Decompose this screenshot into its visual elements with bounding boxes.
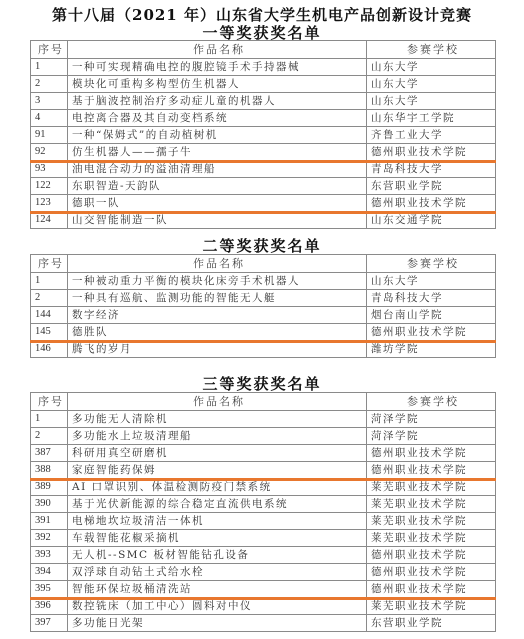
table-row: 2多功能水上垃圾清理船菏泽学院: [31, 428, 496, 445]
table-header-row: 序号 作品名称 参赛学校: [31, 393, 496, 411]
cell-name: 电梯地坎垃圾清洁一体机: [68, 513, 367, 530]
cell-school: 德州职业技术学院: [367, 144, 496, 161]
cell-seq: 391: [31, 513, 68, 530]
cell-school: 青岛科技大学: [367, 290, 496, 307]
cell-seq: 390: [31, 496, 68, 513]
first-prize-table: 序号 作品名称 参赛学校 1一种可实现精确电控的腹腔镜手术手持器械山东大学2模块…: [30, 40, 496, 229]
cell-seq: 146: [31, 341, 68, 358]
cell-school: 莱芜职业技术学院: [367, 598, 496, 615]
column-header-name: 作品名称: [68, 393, 367, 411]
cell-name: 东职智造-天韵队: [68, 178, 367, 195]
cell-name: 数字经济: [68, 307, 367, 324]
cell-seq: 389: [31, 479, 68, 496]
cell-school: 山东交通学院: [367, 212, 496, 229]
cell-seq: 144: [31, 307, 68, 324]
cell-seq: 91: [31, 127, 68, 144]
second-prize-heading: 二等奖获奖名单: [0, 235, 524, 256]
highlight-underline: [30, 211, 496, 214]
cell-school: 潍坊学院: [367, 341, 496, 358]
cell-seq: 124: [31, 212, 68, 229]
table-row: 146腾飞的岁月潍坊学院: [31, 341, 496, 358]
cell-school: 山东大学: [367, 273, 496, 290]
table-row: 1多功能无人清除机菏泽学院: [31, 411, 496, 428]
table-row: 388家庭智能药保姆德州职业技术学院: [31, 462, 496, 479]
table-header-row: 序号 作品名称 参赛学校: [31, 41, 496, 59]
cell-seq: 395: [31, 581, 68, 598]
cell-name: 多功能日光架: [68, 615, 367, 632]
table-row: 93油电混合动力的溢油清理船青岛科技大学: [31, 161, 496, 178]
first-prize-rows: 1一种可实现精确电控的腹腔镜手术手持器械山东大学2模块化可重构多构型仿生机器人山…: [31, 59, 496, 229]
cell-name: 智能环保垃圾桶清洗站: [68, 581, 367, 598]
cell-school: 青岛科技大学: [367, 161, 496, 178]
cell-school: 烟台南山学院: [367, 307, 496, 324]
cell-name: 模块化可重构多构型仿生机器人: [68, 76, 367, 93]
cell-school: 山东华宇工学院: [367, 110, 496, 127]
cell-name: 科研用真空研磨机: [68, 445, 367, 462]
table-row: 389AI 口罩识别、体温检测防疫门禁系统莱芜职业技术学院: [31, 479, 496, 496]
cell-school: 齐鲁工业大学: [367, 127, 496, 144]
cell-school: 莱芜职业技术学院: [367, 496, 496, 513]
table-row: 3基于脑波控制治疗多动症儿童的机器人山东大学: [31, 93, 496, 110]
table-row: 387科研用真空研磨机德州职业技术学院: [31, 445, 496, 462]
cell-name: 车载智能花椒采摘机: [68, 530, 367, 547]
table-row: 1一种被动重力平衡的模块化床旁手术机器人山东大学: [31, 273, 496, 290]
cell-school: 德州职业技术学院: [367, 564, 496, 581]
cell-school: 山东大学: [367, 76, 496, 93]
table-row: 397多功能日光架东营职业学院: [31, 615, 496, 632]
table-row: 395智能环保垃圾桶清洗站德州职业技术学院: [31, 581, 496, 598]
highlight-underline: [30, 340, 496, 343]
column-header-name: 作品名称: [68, 41, 367, 59]
cell-school: 德州职业技术学院: [367, 581, 496, 598]
table-row: 145德胜队德州职业技术学院: [31, 324, 496, 341]
table-row: 124山交智能制造一队山东交通学院: [31, 212, 496, 229]
cell-school: 德州职业技术学院: [367, 324, 496, 341]
table-row: 391电梯地坎垃圾清洁一体机莱芜职业技术学院: [31, 513, 496, 530]
cell-name: 一种可实现精确电控的腹腔镜手术手持器械: [68, 59, 367, 76]
cell-name: 一种具有巡航、监测功能的智能无人艇: [68, 290, 367, 307]
table-row: 1一种可实现精确电控的腹腔镜手术手持器械山东大学: [31, 59, 496, 76]
table-row: 4电控离合器及其自动变档系统山东华宇工学院: [31, 110, 496, 127]
column-header-school: 参赛学校: [367, 393, 496, 411]
table-row: 396数控铣床（加工中心）圆料对中仪莱芜职业技术学院: [31, 598, 496, 615]
document-page: 第十八届（2021 年）山东省大学生机电产品创新设计竞赛 一等奖获奖名单 序号 …: [0, 0, 524, 639]
cell-name: 电控离合器及其自动变档系统: [68, 110, 367, 127]
cell-seq: 2: [31, 76, 68, 93]
cell-school: 菏泽学院: [367, 411, 496, 428]
cell-school: 山东大学: [367, 93, 496, 110]
cell-school: 东营职业学院: [367, 615, 496, 632]
cell-seq: 1: [31, 273, 68, 290]
table-row: 144数字经济烟台南山学院: [31, 307, 496, 324]
cell-seq: 392: [31, 530, 68, 547]
column-header-school: 参赛学校: [367, 41, 496, 59]
cell-name: AI 口罩识别、体温检测防疫门禁系统: [68, 479, 367, 496]
cell-school: 莱芜职业技术学院: [367, 530, 496, 547]
cell-name: 数控铣床（加工中心）圆料对中仪: [68, 598, 367, 615]
cell-seq: 1: [31, 411, 68, 428]
table-row: 91一种“保姆式”的自动植树机齐鲁工业大学: [31, 127, 496, 144]
cell-seq: 2: [31, 428, 68, 445]
cell-name: 一种被动重力平衡的模块化床旁手术机器人: [68, 273, 367, 290]
cell-name: 双浮球自动钻土式给水栓: [68, 564, 367, 581]
column-header-name: 作品名称: [68, 255, 367, 273]
cell-seq: 123: [31, 195, 68, 212]
cell-school: 德州职业技术学院: [367, 195, 496, 212]
highlight-underline: [30, 478, 496, 481]
cell-name: 多功能水上垃圾清理船: [68, 428, 367, 445]
cell-seq: 145: [31, 324, 68, 341]
cell-school: 山东大学: [367, 59, 496, 76]
cell-name: 多功能无人清除机: [68, 411, 367, 428]
table-row: 394双浮球自动钻土式给水栓德州职业技术学院: [31, 564, 496, 581]
cell-name: 山交智能制造一队: [68, 212, 367, 229]
table-row: 123德职一队德州职业技术学院: [31, 195, 496, 212]
cell-seq: 92: [31, 144, 68, 161]
cell-seq: 1: [31, 59, 68, 76]
cell-school: 菏泽学院: [367, 428, 496, 445]
table-row: 392车载智能花椒采摘机莱芜职业技术学院: [31, 530, 496, 547]
table-row: 2一种具有巡航、监测功能的智能无人艇青岛科技大学: [31, 290, 496, 307]
table-header-row: 序号 作品名称 参赛学校: [31, 255, 496, 273]
highlight-underline: [30, 597, 496, 600]
cell-school: 莱芜职业技术学院: [367, 479, 496, 496]
table-row: 393无人机--SMC 板材智能钻孔设备德州职业技术学院: [31, 547, 496, 564]
cell-seq: 387: [31, 445, 68, 462]
cell-name: 德职一队: [68, 195, 367, 212]
cell-seq: 388: [31, 462, 68, 479]
third-prize-heading: 三等奖获奖名单: [0, 373, 524, 394]
cell-seq: 3: [31, 93, 68, 110]
table-row: 2模块化可重构多构型仿生机器人山东大学: [31, 76, 496, 93]
cell-name: 油电混合动力的溢油清理船: [68, 161, 367, 178]
cell-seq: 122: [31, 178, 68, 195]
cell-seq: 393: [31, 547, 68, 564]
cell-school: 德州职业技术学院: [367, 445, 496, 462]
cell-school: 德州职业技术学院: [367, 462, 496, 479]
cell-seq: 93: [31, 161, 68, 178]
table-row: 122东职智造-天韵队东营职业学院: [31, 178, 496, 195]
second-prize-rows: 1一种被动重力平衡的模块化床旁手术机器人山东大学2一种具有巡航、监测功能的智能无…: [31, 273, 496, 358]
table-row: 390基于光伏新能源的综合稳定直流供电系统莱芜职业技术学院: [31, 496, 496, 513]
cell-school: 莱芜职业技术学院: [367, 513, 496, 530]
highlight-underline: [30, 160, 496, 163]
cell-seq: 4: [31, 110, 68, 127]
column-header-seq: 序号: [31, 255, 68, 273]
cell-name: 腾飞的岁月: [68, 341, 367, 358]
cell-seq: 394: [31, 564, 68, 581]
cell-name: 德胜队: [68, 324, 367, 341]
cell-name: 仿生机器人——孺子牛: [68, 144, 367, 161]
cell-name: 基于光伏新能源的综合稳定直流供电系统: [68, 496, 367, 513]
column-header-seq: 序号: [31, 393, 68, 411]
cell-school: 东营职业学院: [367, 178, 496, 195]
column-header-school: 参赛学校: [367, 255, 496, 273]
cell-name: 无人机--SMC 板材智能钻孔设备: [68, 547, 367, 564]
cell-name: 家庭智能药保姆: [68, 462, 367, 479]
cell-seq: 396: [31, 598, 68, 615]
cell-name: 一种“保姆式”的自动植树机: [68, 127, 367, 144]
cell-name: 基于脑波控制治疗多动症儿童的机器人: [68, 93, 367, 110]
column-header-seq: 序号: [31, 41, 68, 59]
table-row: 92仿生机器人——孺子牛德州职业技术学院: [31, 144, 496, 161]
cell-school: 德州职业技术学院: [367, 547, 496, 564]
cell-seq: 2: [31, 290, 68, 307]
cell-seq: 397: [31, 615, 68, 632]
